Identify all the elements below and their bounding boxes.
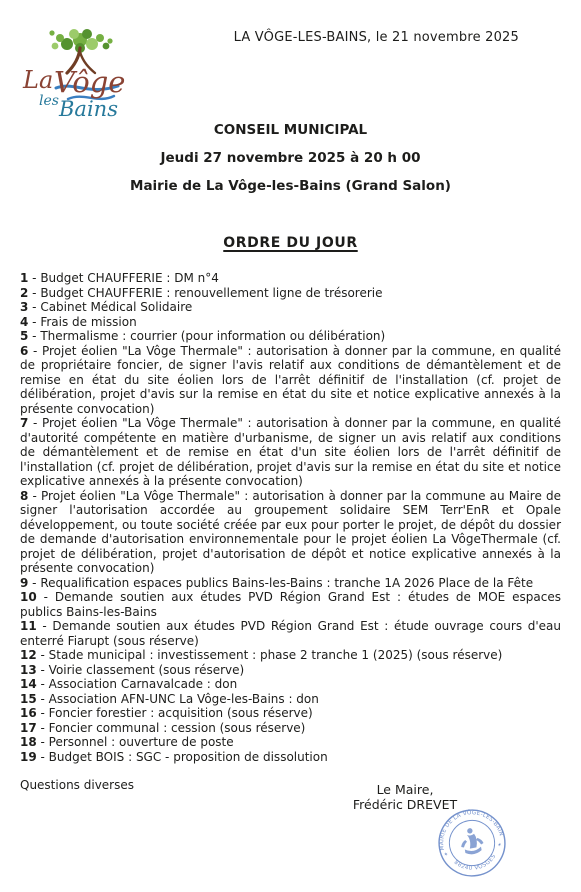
agenda-item-number: 15 [20, 692, 37, 706]
agenda-item-text: Projet éolien "La Vôge Thermale" : autor… [20, 489, 561, 576]
meeting-datetime: Jeudi 27 novembre 2025 à 20 h 00 [0, 151, 581, 165]
agenda-item-separator: - [28, 416, 42, 430]
agenda-item: 1 - Budget CHAUFFERIE : DM n°4 [20, 271, 561, 286]
agenda-item-text: Budget CHAUFFERIE : DM n°4 [40, 271, 219, 285]
agenda-item-text: Projet éolien "La Vôge Thermale" : autor… [20, 416, 561, 488]
agenda-item-text: Requalification espaces publics Bains-le… [40, 576, 533, 590]
agenda-item-number: 17 [20, 721, 37, 735]
agenda-heading-text: ORDRE DU JOUR [223, 235, 357, 251]
agenda-item: 7 - Projet éolien "La Vôge Thermale" : a… [20, 416, 561, 489]
agenda-item-separator: - [28, 271, 40, 285]
agenda-item: 5 - Thermalisme : courrier (pour informa… [20, 329, 561, 344]
agenda-item: 18 - Personnel : ouverture de poste [20, 735, 561, 750]
signature-role: Le Maire, [330, 783, 480, 798]
logo-word-voge: Vôge [54, 65, 125, 99]
agenda-item-separator: - [37, 663, 49, 677]
agenda-item-text: Demande soutien aux études PVD Région Gr… [20, 619, 561, 648]
agenda-item: 2 - Budget CHAUFFERIE : renouvellement l… [20, 286, 561, 301]
agenda-item-separator: - [37, 721, 49, 735]
agenda-item-separator: - [28, 489, 41, 503]
agenda-item: 9 - Requalification espaces publics Bain… [20, 576, 561, 591]
agenda-item-text: Foncier forestier : acquisition (sous ré… [49, 706, 313, 720]
agenda-item-text: Association Carnavalcade : don [49, 677, 238, 691]
title-block: CONSEIL MUNICIPAL Jeudi 27 novembre 2025… [0, 123, 581, 207]
logo-word-les: les [39, 93, 59, 109]
agenda-item-number: 16 [20, 706, 37, 720]
agenda-list: 1 - Budget CHAUFFERIE : DM n°4 2 - Budge… [20, 271, 561, 793]
logo-wordmark: La Vôge les Bains [22, 65, 125, 118]
agenda-item-text: Stade municipal : investissement : phase… [49, 648, 503, 662]
svg-text:88240 VOSGES: 88240 VOSGES [452, 853, 499, 876]
agenda-item-text: Budget BOIS : SGC - proposition de disso… [49, 750, 328, 764]
agenda-item: 8 - Projet éolien "La Vôge Thermale" : a… [20, 489, 561, 576]
official-stamp-graphic: MAIRIE DE LA VÔGE-LES-BAINS 88240 VOSGES… [429, 800, 515, 886]
stamp-emblem [458, 826, 485, 856]
agenda-item: 15 - Association AFN-UNC La Vôge-les-Bai… [20, 692, 561, 707]
agenda-item-separator: - [37, 619, 53, 633]
agenda-item-separator: - [37, 750, 49, 764]
document-page: La Vôge les Bains LA VÔGE-LES-BAINS, le … [0, 0, 581, 892]
agenda-item-number: 13 [20, 663, 37, 677]
official-stamp: MAIRIE DE LA VÔGE-LES-BAINS 88240 VOSGES… [429, 800, 515, 886]
agenda-item-text: Foncier communal : cession (sous réserve… [49, 721, 306, 735]
stamp-arc-bottom-text: 88240 VOSGES [452, 853, 499, 876]
agenda-item-text: Personnel : ouverture de poste [49, 735, 234, 749]
agenda-heading: ORDRE DU JOUR [0, 235, 581, 251]
agenda-item-text: Association AFN-UNC La Vôge-les-Bains : … [49, 692, 319, 706]
agenda-item: 17 - Foncier communal : cession (sous ré… [20, 721, 561, 736]
agenda-item-separator: - [37, 677, 49, 691]
agenda-item: 6 - Projet éolien "La Vôge Thermale" : a… [20, 344, 561, 417]
agenda-item-separator: - [28, 315, 40, 329]
agenda-item-number: 14 [20, 677, 37, 691]
agenda-item-separator: - [28, 576, 40, 590]
agenda-item-separator: - [28, 344, 42, 358]
agenda-item-text: Demande soutien aux études PVD Région Gr… [20, 590, 561, 619]
agenda-item: 14 - Association Carnavalcade : don [20, 677, 561, 692]
agenda-item-text: Projet éolien "La Vôge Thermale" : autor… [20, 344, 561, 416]
agenda-item-text: Cabinet Médical Solidaire [40, 300, 192, 314]
agenda-item-number: 18 [20, 735, 37, 749]
agenda-item-text: Voirie classement (sous réserve) [49, 663, 245, 677]
agenda-item-separator: - [28, 286, 40, 300]
agenda-item-number: 11 [20, 619, 37, 633]
document-title: CONSEIL MUNICIPAL [0, 123, 581, 137]
meeting-location: Mairie de La Vôge-les-Bains (Grand Salon… [0, 179, 581, 193]
agenda-item-number: 12 [20, 648, 37, 662]
agenda-item: 13 - Voirie classement (sous réserve) [20, 663, 561, 678]
agenda-item: 3 - Cabinet Médical Solidaire [20, 300, 561, 315]
agenda-item-text: Frais de mission [40, 315, 136, 329]
agenda-item-separator: - [28, 300, 40, 314]
agenda-item: 10 - Demande soutien aux études PVD Régi… [20, 590, 561, 619]
logo-word-la: La [22, 66, 53, 94]
agenda-item-separator: - [37, 735, 49, 749]
stamp-star-right: ✶ [497, 842, 502, 849]
agenda-item: 16 - Foncier forestier : acquisition (so… [20, 706, 561, 721]
agenda-item-separator: - [28, 329, 40, 343]
agenda-item-text: Budget CHAUFFERIE : renouvellement ligne… [40, 286, 382, 300]
agenda-item-separator: - [37, 706, 49, 720]
date-line: LA VÔGE-LES-BAINS, le 21 novembre 2025 [0, 30, 519, 45]
agenda-item-separator: - [37, 692, 49, 706]
agenda-item-number: 10 [20, 590, 37, 604]
agenda-item: 11 - Demande soutien aux études PVD Régi… [20, 619, 561, 648]
agenda-item-separator: - [37, 590, 55, 604]
agenda-item: 4 - Frais de mission [20, 315, 561, 330]
agenda-item: 12 - Stade municipal : investissement : … [20, 648, 561, 663]
logo-word-bains: Bains [58, 97, 118, 118]
agenda-item-separator: - [37, 648, 49, 662]
stamp-star-left: ✶ [443, 852, 448, 859]
agenda-item: 19 - Budget BOIS : SGC - proposition de … [20, 750, 561, 765]
agenda-item-text: Thermalisme : courrier (pour information… [40, 329, 385, 343]
agenda-item-number: 19 [20, 750, 37, 764]
